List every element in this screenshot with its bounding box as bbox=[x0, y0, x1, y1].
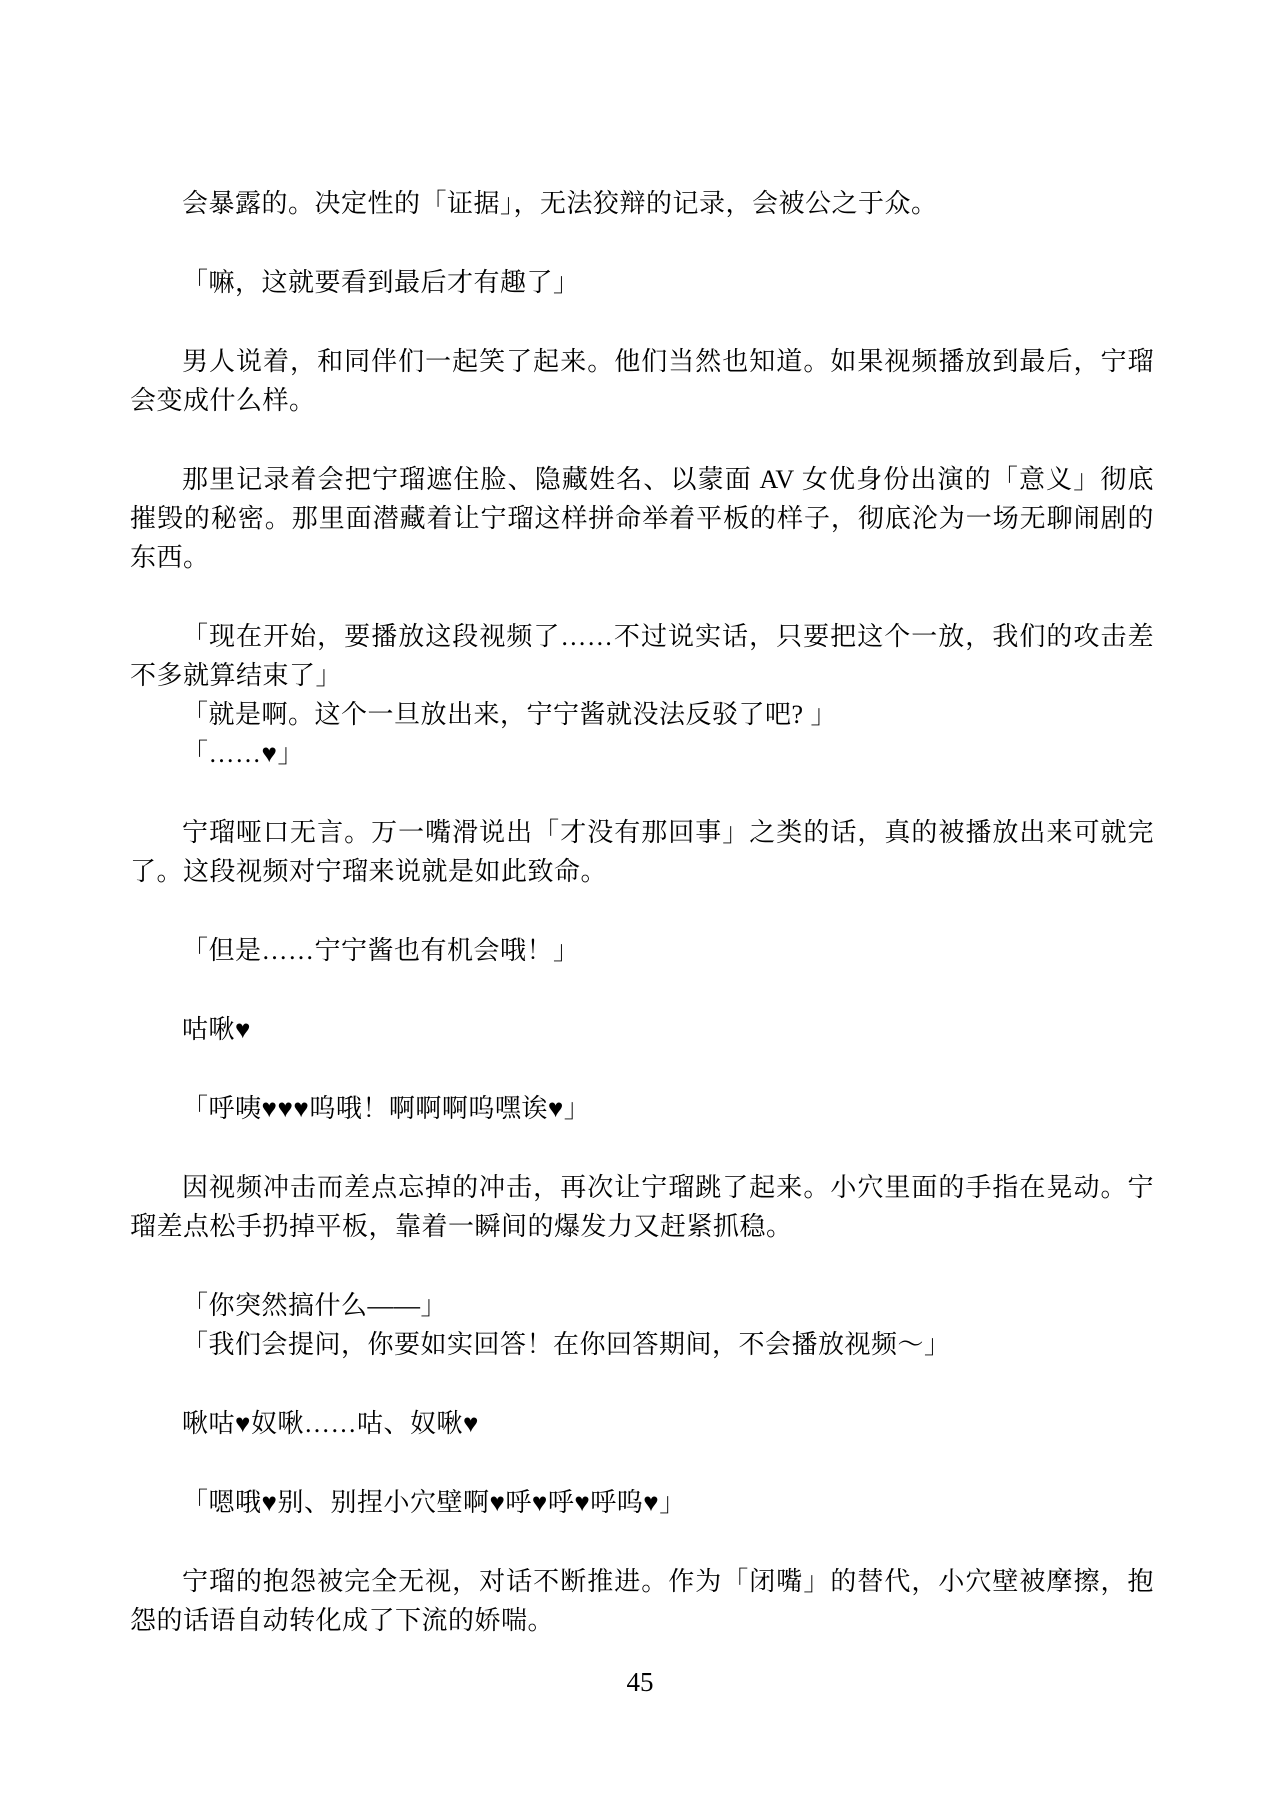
dialogue-paragraph: 「我们会提问，你要如实回答！在你回答期间，不会播放视频～」 bbox=[130, 1325, 1154, 1364]
text-block: 「嘛，这就要看到最后才有趣了」 bbox=[130, 263, 1154, 302]
page-number: 45 bbox=[0, 1663, 1280, 1702]
narrative-paragraph: 宁瑠的抱怨被完全无视，对话不断推进。作为「闭嘴」的替代，小穴壁被摩擦，抱怨的话语… bbox=[130, 1562, 1154, 1640]
text-block: 「嗯哦♥别、别捏小穴壁啊♥呼♥呼♥呼呜♥」 bbox=[130, 1483, 1154, 1522]
narrative-paragraph: 会暴露的。决定性的「证据」，无法狡辩的记录，会被公之于众。 bbox=[130, 184, 1154, 223]
text-line: 「但是……宁宁酱也有机会哦！」 bbox=[130, 931, 1154, 970]
text-line: 因视频冲击而差点忘掉的冲击，再次让宁瑠跳了起来。小穴里面的手指在晃动。宁 bbox=[130, 1168, 1154, 1207]
text-line: 「我们会提问，你要如实回答！在你回答期间，不会播放视频～」 bbox=[130, 1325, 1154, 1364]
dialogue-paragraph: 「呼咦♥♥♥呜哦！啊啊啊呜嘿诶♥」 bbox=[130, 1089, 1154, 1128]
text-line: 男人说着，和同伴们一起笑了起来。他们当然也知道。如果视频播放到最后，宁瑠 bbox=[130, 342, 1154, 381]
text-block: 「但是……宁宁酱也有机会哦！」 bbox=[130, 931, 1154, 970]
text-line: 了。这段视频对宁瑠来说就是如此致命。 bbox=[130, 852, 1154, 891]
text-block: 男人说着，和同伴们一起笑了起来。他们当然也知道。如果视频播放到最后，宁瑠会变成什… bbox=[130, 342, 1154, 420]
dialogue-paragraph: 「现在开始，要播放这段视频了……不过说实话，只要把这个一放，我们的攻击差不多就算… bbox=[130, 617, 1154, 695]
sfx-paragraph: 咕啾♥ bbox=[130, 1010, 1154, 1049]
page: 会暴露的。决定性的「证据」，无法狡辩的记录，会被公之于众。「嘛，这就要看到最后才… bbox=[0, 0, 1280, 1808]
text-line: 瑠差点松手扔掉平板，靠着一瞬间的爆发力又赶紧抓稳。 bbox=[130, 1207, 1154, 1246]
dialogue-paragraph: 「你突然搞什么——」 bbox=[130, 1286, 1154, 1325]
text-block: 宁瑠哑口无言。万一嘴滑说出「才没有那回事」之类的话，真的被播放出来可就完了。这段… bbox=[130, 813, 1154, 891]
dialogue-paragraph: 「……♥」 bbox=[130, 734, 1154, 773]
text-line: 「现在开始，要播放这段视频了……不过说实话，只要把这个一放，我们的攻击差 bbox=[130, 617, 1154, 656]
text-line: 摧毁的秘密。那里面潜藏着让宁瑠这样拼命举着平板的样子，彻底沦为一场无聊闹剧的 bbox=[130, 499, 1154, 538]
text-line: 「你突然搞什么——」 bbox=[130, 1286, 1154, 1325]
text-line: 怨的话语自动转化成了下流的娇喘。 bbox=[130, 1601, 1154, 1640]
dialogue-paragraph: 「嗯哦♥别、别捏小穴壁啊♥呼♥呼♥呼呜♥」 bbox=[130, 1483, 1154, 1522]
narrative-paragraph: 男人说着，和同伴们一起笑了起来。他们当然也知道。如果视频播放到最后，宁瑠会变成什… bbox=[130, 342, 1154, 420]
page-text: 会暴露的。决定性的「证据」，无法狡辩的记录，会被公之于众。「嘛，这就要看到最后才… bbox=[130, 184, 1154, 1640]
text-line: 会暴露的。决定性的「证据」，无法狡辩的记录，会被公之于众。 bbox=[130, 184, 1154, 223]
text-block: 啾咕♥奴啾……咕、奴啾♥ bbox=[130, 1404, 1154, 1443]
dialogue-paragraph: 「但是……宁宁酱也有机会哦！」 bbox=[130, 931, 1154, 970]
text-block: 「你突然搞什么——」「我们会提问，你要如实回答！在你回答期间，不会播放视频～」 bbox=[130, 1286, 1154, 1364]
sfx-paragraph: 啾咕♥奴啾……咕、奴啾♥ bbox=[130, 1404, 1154, 1443]
text-line: 「……♥」 bbox=[130, 734, 1154, 773]
text-block: 宁瑠的抱怨被完全无视，对话不断推进。作为「闭嘴」的替代，小穴壁被摩擦，抱怨的话语… bbox=[130, 1562, 1154, 1640]
text-block: 会暴露的。决定性的「证据」，无法狡辩的记录，会被公之于众。 bbox=[130, 184, 1154, 223]
dialogue-paragraph: 「就是啊。这个一旦放出来，宁宁酱就没法反驳了吧? 」 bbox=[130, 695, 1154, 734]
text-line: 「嘛，这就要看到最后才有趣了」 bbox=[130, 263, 1154, 302]
text-line: 啾咕♥奴啾……咕、奴啾♥ bbox=[130, 1404, 1154, 1443]
text-line: 那里记录着会把宁瑠遮住脸、隐藏姓名、以蒙面 AV 女优身份出演的「意义」彻底 bbox=[130, 460, 1154, 499]
text-line: 会变成什么样。 bbox=[130, 381, 1154, 420]
text-block: 咕啾♥ bbox=[130, 1010, 1154, 1049]
text-line: 不多就算结束了」 bbox=[130, 656, 1154, 695]
text-line: 宁瑠的抱怨被完全无视，对话不断推进。作为「闭嘴」的替代，小穴壁被摩擦，抱 bbox=[130, 1562, 1154, 1601]
narrative-paragraph: 那里记录着会把宁瑠遮住脸、隐藏姓名、以蒙面 AV 女优身份出演的「意义」彻底摧毁… bbox=[130, 460, 1154, 577]
text-block: 那里记录着会把宁瑠遮住脸、隐藏姓名、以蒙面 AV 女优身份出演的「意义」彻底摧毁… bbox=[130, 460, 1154, 577]
narrative-paragraph: 宁瑠哑口无言。万一嘴滑说出「才没有那回事」之类的话，真的被播放出来可就完了。这段… bbox=[130, 813, 1154, 891]
text-block: 因视频冲击而差点忘掉的冲击，再次让宁瑠跳了起来。小穴里面的手指在晃动。宁瑠差点松… bbox=[130, 1168, 1154, 1246]
dialogue-paragraph: 「嘛，这就要看到最后才有趣了」 bbox=[130, 263, 1154, 302]
text-line: 咕啾♥ bbox=[130, 1010, 1154, 1049]
text-line: 东西。 bbox=[130, 538, 1154, 577]
text-block: 「现在开始，要播放这段视频了……不过说实话，只要把这个一放，我们的攻击差不多就算… bbox=[130, 617, 1154, 773]
text-line: 「嗯哦♥别、别捏小穴壁啊♥呼♥呼♥呼呜♥」 bbox=[130, 1483, 1154, 1522]
text-block: 「呼咦♥♥♥呜哦！啊啊啊呜嘿诶♥」 bbox=[130, 1089, 1154, 1128]
text-line: 「就是啊。这个一旦放出来，宁宁酱就没法反驳了吧? 」 bbox=[130, 695, 1154, 734]
text-line: 宁瑠哑口无言。万一嘴滑说出「才没有那回事」之类的话，真的被播放出来可就完 bbox=[130, 813, 1154, 852]
text-line: 「呼咦♥♥♥呜哦！啊啊啊呜嘿诶♥」 bbox=[130, 1089, 1154, 1128]
narrative-paragraph: 因视频冲击而差点忘掉的冲击，再次让宁瑠跳了起来。小穴里面的手指在晃动。宁瑠差点松… bbox=[130, 1168, 1154, 1246]
